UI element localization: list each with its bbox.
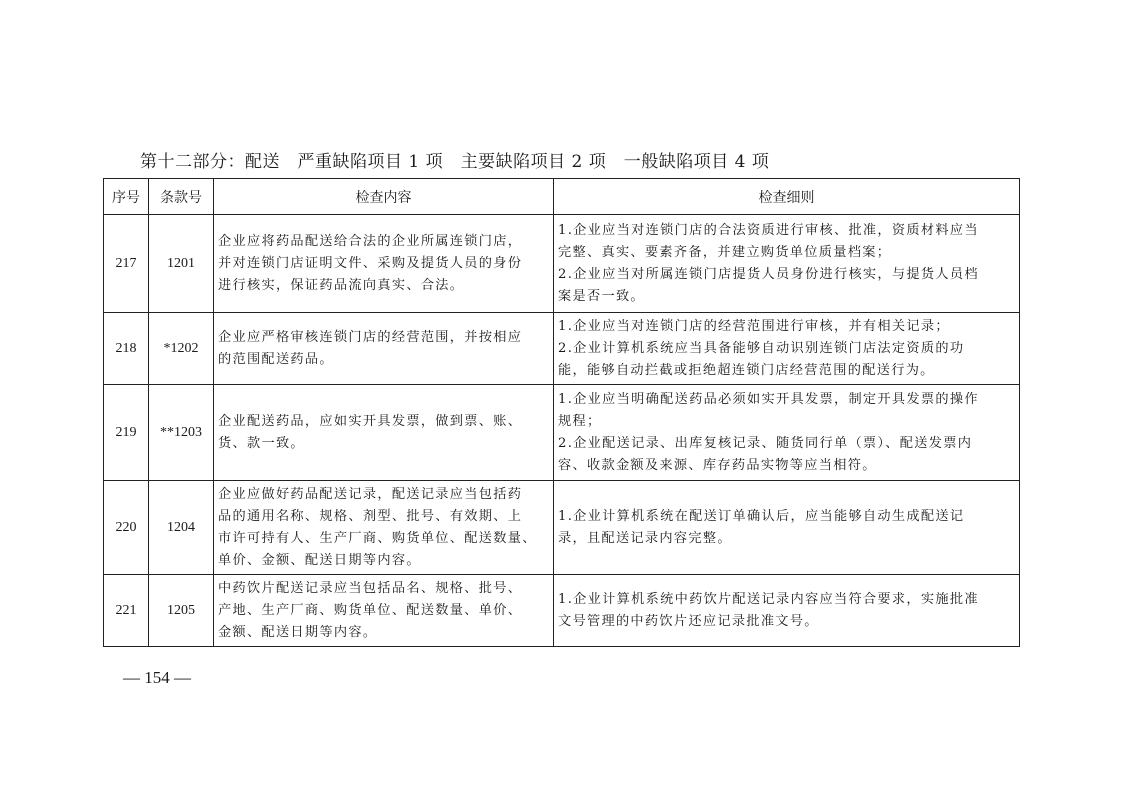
detail-line: 录，且配送记录内容完整。 — [558, 528, 1015, 550]
detail-line: 2.企业应当对所属连锁门店提货人员身份进行核实，与提货人员档 — [558, 264, 1015, 286]
content-line: 企业应将药品配送给合法的企业所属连锁门店， — [218, 231, 549, 253]
detail-line: 1.企业应当对连锁门店的经营范围进行审核，并有相关记录； — [558, 316, 1015, 338]
header-content: 检查内容 — [214, 179, 554, 215]
detail-line: 1.企业应当明确配送药品必须如实开具发票，制定开具发票的操作 — [558, 389, 1015, 411]
content-line: 产地、生产厂商、购货单位、配送数量、单价、 — [218, 600, 549, 622]
detail-line: 1.企业计算机系统在配送订单确认后，应当能够自动生成配送记 — [558, 506, 1015, 528]
seq-cell: 220 — [104, 481, 149, 575]
detail-line: 完整、真实、要素齐备，并建立购货单位质量档案； — [558, 242, 1015, 264]
table-header-row: 序号 条款号 检查内容 检查细则 — [104, 179, 1020, 215]
content-cell: 企业应严格审核连锁门店的经营范围，并按相应 的范围配送药品。 — [214, 313, 554, 385]
details-cell: 1.企业应当明确配送药品必须如实开具发票，制定开具发票的操作 规程； 2.企业配… — [554, 385, 1020, 481]
content-cell: 企业应将药品配送给合法的企业所属连锁门店， 并对连锁门店证明文件、采购及提货人员… — [214, 215, 554, 313]
content-cell: 企业配送药品，应如实开具发票，做到票、账、 货、款一致。 — [214, 385, 554, 481]
content-line: 货、款一致。 — [218, 433, 549, 455]
content-line: 市许可持有人、生产厂商、购货单位、配送数量、 — [218, 528, 549, 550]
clause-cell: 1204 — [149, 481, 214, 575]
detail-line: 能，能够自动拦截或拒绝超连锁门店经营范围的配送行为。 — [558, 360, 1015, 382]
table-row: 221 1205 中药饮片配送记录应当包括品名、规格、批号、 产地、生产厂商、购… — [104, 575, 1020, 647]
seq-cell: 218 — [104, 313, 149, 385]
detail-line: 1.企业应当对连锁门店的合法资质进行审核、批准，资质材料应当 — [558, 220, 1015, 242]
content-line: 品的通用名称、规格、剂型、批号、有效期、上 — [218, 506, 549, 528]
detail-line: 2.企业计算机系统应当具备能够自动识别连锁门店法定资质的功 — [558, 338, 1015, 360]
page-number: — 154 — — [123, 668, 191, 688]
inspection-table: 序号 条款号 检查内容 检查细则 217 1201 企业应将药品配送给合法的企业… — [103, 178, 1020, 647]
content-line: 的范围配送药品。 — [218, 349, 549, 371]
details-cell: 1.企业计算机系统在配送订单确认后，应当能够自动生成配送记 录，且配送记录内容完… — [554, 481, 1020, 575]
content-line: 企业配送药品，应如实开具发票，做到票、账、 — [218, 411, 549, 433]
content-line: 并对连锁门店证明文件、采购及提货人员的身份 — [218, 253, 549, 275]
header-details: 检查细则 — [554, 179, 1020, 215]
clause-cell: 1205 — [149, 575, 214, 647]
detail-line: 容、收款金额及来源、库存药品实物等应当相符。 — [558, 455, 1015, 477]
content-line: 企业应严格审核连锁门店的经营范围，并按相应 — [218, 327, 549, 349]
content-line: 企业应做好药品配送记录，配送记录应当包括药 — [218, 484, 549, 506]
details-cell: 1.企业应当对连锁门店的经营范围进行审核，并有相关记录； 2.企业计算机系统应当… — [554, 313, 1020, 385]
clause-cell: *1202 — [149, 313, 214, 385]
content-cell: 企业应做好药品配送记录，配送记录应当包括药 品的通用名称、规格、剂型、批号、有效… — [214, 481, 554, 575]
detail-line: 案是否一致。 — [558, 286, 1015, 308]
details-cell: 1.企业应当对连锁门店的合法资质进行审核、批准，资质材料应当 完整、真实、要素齐… — [554, 215, 1020, 313]
table-row: 218 *1202 企业应严格审核连锁门店的经营范围，并按相应 的范围配送药品。… — [104, 313, 1020, 385]
detail-line: 规程； — [558, 411, 1015, 433]
content-line: 单价、金额、配送日期等内容。 — [218, 550, 549, 572]
header-clause: 条款号 — [149, 179, 214, 215]
details-cell: 1.企业计算机系统中药饮片配送记录内容应当符合要求，实施批准 文号管理的中药饮片… — [554, 575, 1020, 647]
seq-cell: 217 — [104, 215, 149, 313]
detail-line: 文号管理的中药饮片还应记录批准文号。 — [558, 611, 1015, 633]
clause-cell: **1203 — [149, 385, 214, 481]
seq-cell: 221 — [104, 575, 149, 647]
detail-line: 2.企业配送记录、出库复核记录、随货同行单（票）、配送发票内 — [558, 433, 1015, 455]
table-row: 219 **1203 企业配送药品，应如实开具发票，做到票、账、 货、款一致。 … — [104, 385, 1020, 481]
content-cell: 中药饮片配送记录应当包括品名、规格、批号、 产地、生产厂商、购货单位、配送数量、… — [214, 575, 554, 647]
table-row: 220 1204 企业应做好药品配送记录，配送记录应当包括药 品的通用名称、规格… — [104, 481, 1020, 575]
content-line: 进行核实，保证药品流向真实、合法。 — [218, 275, 549, 297]
table-row: 217 1201 企业应将药品配送给合法的企业所属连锁门店， 并对连锁门店证明文… — [104, 215, 1020, 313]
seq-cell: 219 — [104, 385, 149, 481]
clause-cell: 1201 — [149, 215, 214, 313]
content-line: 金额、配送日期等内容。 — [218, 622, 549, 644]
detail-line: 1.企业计算机系统中药饮片配送记录内容应当符合要求，实施批准 — [558, 589, 1015, 611]
header-seq: 序号 — [104, 179, 149, 215]
content-line: 中药饮片配送记录应当包括品名、规格、批号、 — [218, 578, 549, 600]
section-title: 第十二部分：配送 严重缺陷项目 1 项 主要缺陷项目 2 项 一般缺陷项目 4 … — [140, 147, 769, 172]
